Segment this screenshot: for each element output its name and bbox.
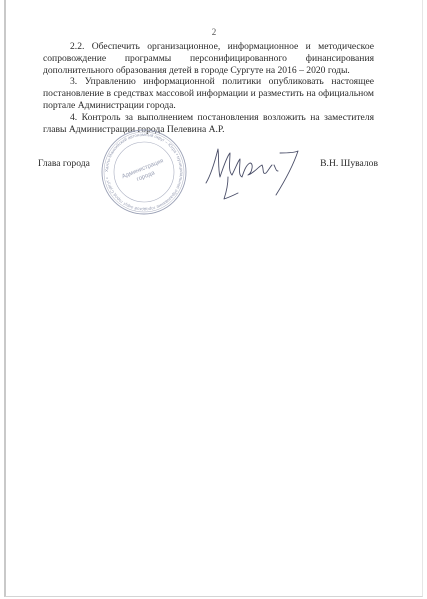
paragraph-4: 4. Контроль за выполнением постановления… [43,112,374,136]
paragraph-3: 3. Управлению информационной политики оп… [43,76,374,111]
stamp-ring-text: Ханты-Мансийский автономный округ – Югра… [104,132,184,212]
handwritten-signature-icon [198,143,303,201]
svg-text:Ханты-Мансийский автономный ок: Ханты-Мансийский автономный округ – Югра… [104,132,184,212]
signatory-title: Глава города [38,158,90,169]
document-body: 2.2. Обеспечить организационное, информа… [43,41,374,135]
signature-block: Глава города В.Н. Шувалов [38,158,378,172]
signatory-name: В.Н. Шувалов [320,158,378,169]
official-stamp-icon: Ханты-Мансийский автономный округ – Югра… [100,128,188,216]
document-page: 2 2.2. Обеспечить организационное, инфор… [4,0,423,597]
page-number: 2 [6,27,422,37]
paragraph-2-2: 2.2. Обеспечить организационное, информа… [43,41,374,76]
